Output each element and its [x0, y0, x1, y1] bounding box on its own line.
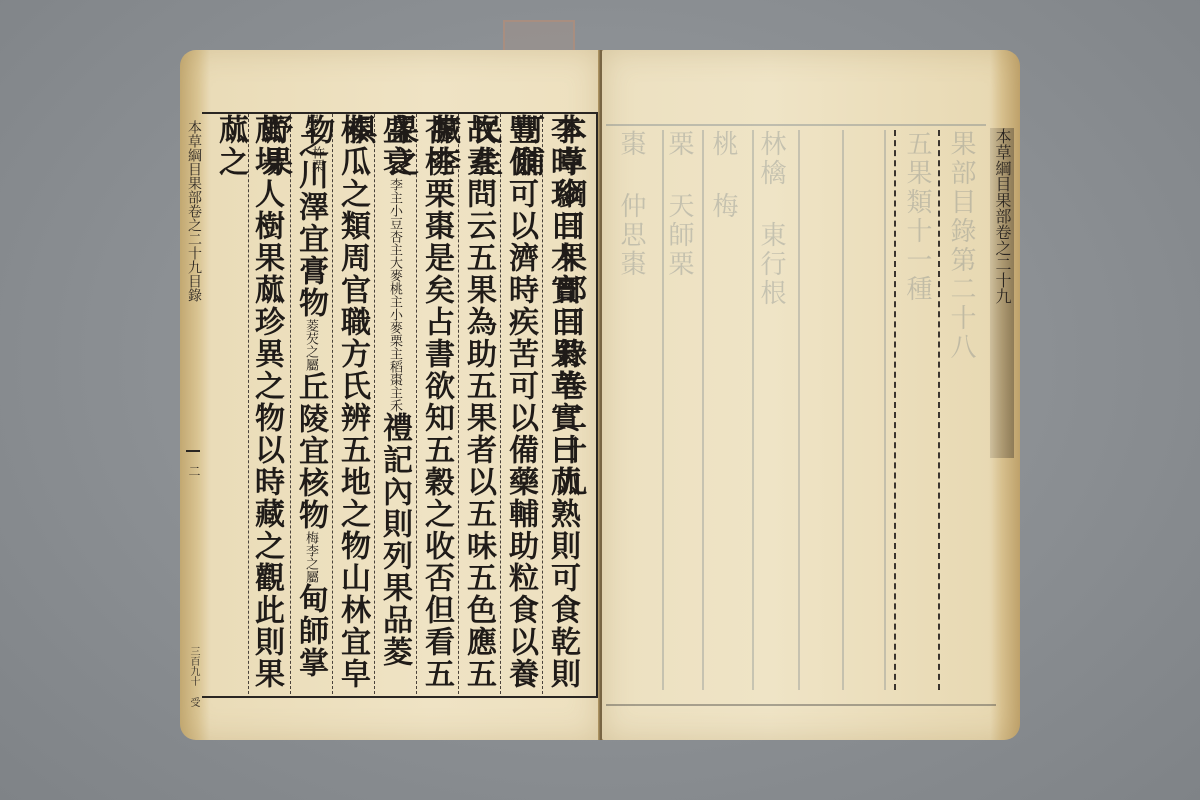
faint-rule [842, 130, 844, 690]
faint-rule [752, 130, 754, 690]
page-number: 二 [186, 465, 203, 477]
left-page: 本草綱目果部卷之二十九目錄 二 三百九十 受 本草綱目果部目錄卷二十九 李時珍曰… [180, 50, 600, 740]
ghost-text-4: 林檎 東行根 [756, 130, 786, 308]
faint-top-rule [606, 124, 986, 126]
text-column-8: 蓏場人樹果蓏珍異之物以時藏之觀此則果蓏之 [212, 114, 284, 694]
column-7-note-a: 菱芡之屬 [303, 319, 318, 371]
bottom-rule [606, 704, 996, 706]
column-7-b: 丘陵宜核物 [293, 371, 328, 531]
column-7-a: 之川澤宜膏物 [293, 127, 328, 319]
ghost-text-6: 果部目錄第二十八 [946, 130, 976, 362]
faint-rule [884, 130, 886, 690]
faint-rule [798, 130, 800, 690]
faint-rule [702, 130, 704, 690]
ghost-text-1: 棗 仲思棗 [616, 130, 646, 279]
open-book: 本草綱目果部卷之二十九目錄 二 三百九十 受 本草綱目果部目錄卷二十九 李時珍曰… [180, 50, 1020, 750]
column-7-note-b: 梅李之屬 [303, 531, 318, 583]
column-5-note: 李主小豆杏主大麥桃主小麥栗主稻棗主禾 [387, 178, 402, 412]
fold-mark [186, 450, 200, 452]
right-margin-title: 本草綱目果部卷之二十九 [990, 128, 1014, 458]
ghost-text-2: 栗 天師栗 [664, 130, 694, 279]
dark-rule [894, 130, 896, 690]
margin-title: 本草綱目果部卷之二十九目錄 [184, 120, 202, 440]
column-5-main: 盛衰 [377, 114, 412, 178]
column-7-prefix: 蜀 [303, 114, 318, 127]
ghost-text-3: 桃 梅 [708, 130, 738, 221]
dark-rule [938, 130, 940, 690]
ghost-text-5: 五果類十一種 [902, 130, 932, 304]
folio-note: 三百九十 受 [186, 646, 201, 707]
right-page: 棗 仲思棗 栗 天師栗 桃 梅 林檎 東行根 五果類十一種 果部目錄第二十八 本… [602, 50, 1020, 740]
